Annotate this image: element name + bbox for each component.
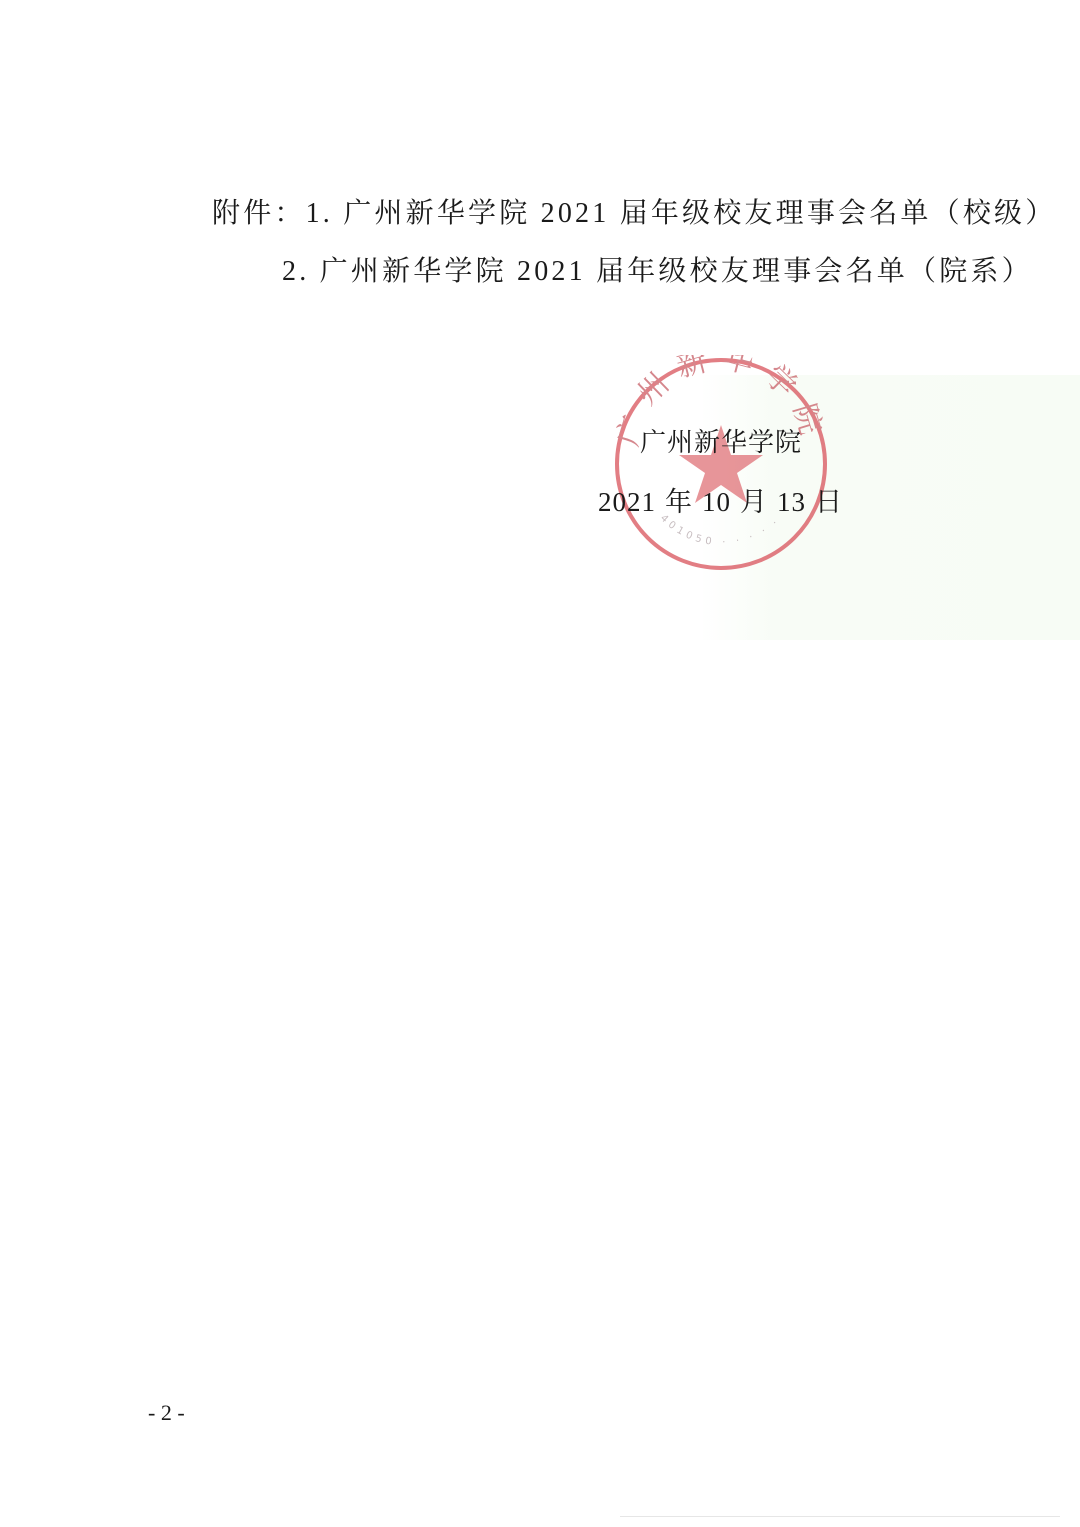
attachment-number: 1. (306, 198, 333, 229)
date-day: 13 (777, 487, 806, 517)
attachment-item-1: 附件：1. 广州新华学院 2021 届年级校友理事会名单（校级） (212, 200, 1056, 228)
page-bottom-edge (620, 1516, 1060, 1517)
document-page: 附件：1. 广州新华学院 2021 届年级校友理事会名单（校级） 2. 广州新华… (0, 0, 1080, 1527)
attachment-prefix: 附件： (212, 198, 306, 229)
date-month-unit: 月 (740, 487, 768, 517)
attachment-text: 广州新华学院 2021 届年级校友理事会名单（院系） (320, 256, 1033, 287)
date-day-unit: 日 (815, 487, 843, 517)
date-year-unit: 年 (665, 487, 693, 517)
attachment-item-2: 2. 广州新华学院 2021 届年级校友理事会名单（院系） (282, 258, 1033, 286)
signature-date: 2021年10月13日 (598, 489, 852, 516)
attachment-text: 广州新华学院 2021 届年级校友理事会名单（校级） (343, 198, 1056, 229)
attachment-number: 2. (282, 256, 309, 287)
official-seal-icon: 广州新华学院 4401050 · · · · · · (612, 355, 830, 573)
date-year: 2021 (598, 487, 656, 517)
date-month: 10 (702, 487, 731, 517)
page-number: - 2 - (148, 1402, 185, 1424)
signature-organization: 广州新华学院 (640, 430, 802, 456)
